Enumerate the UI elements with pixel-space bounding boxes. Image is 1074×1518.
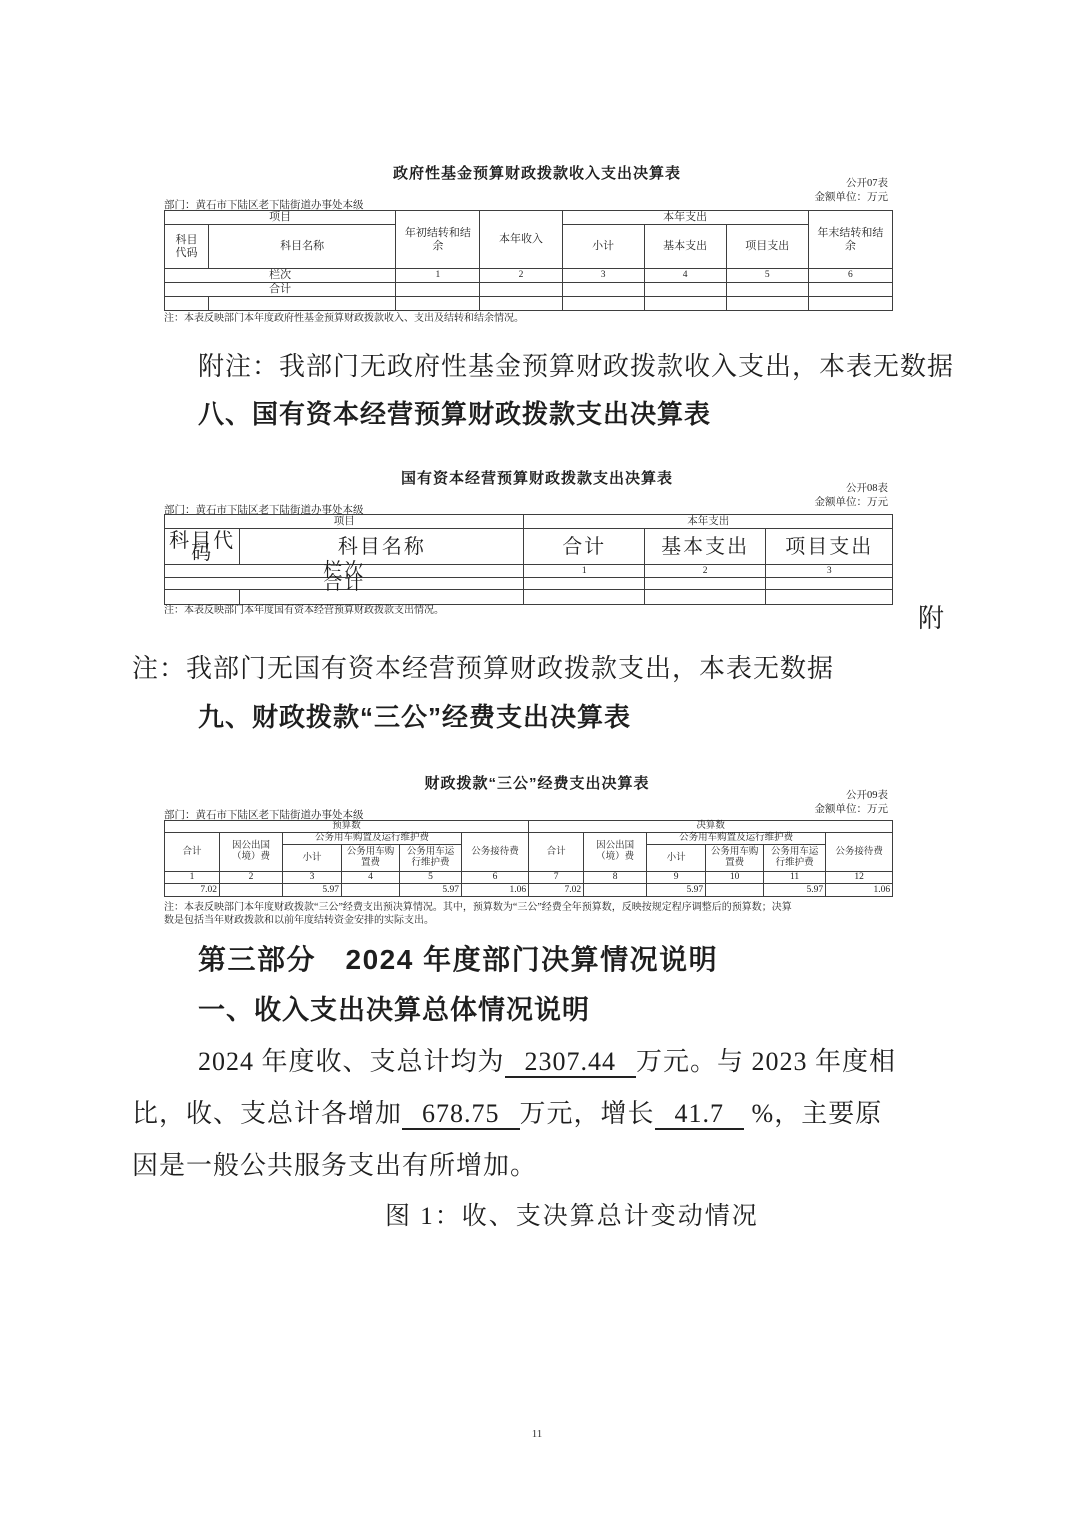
empty-cell (644, 578, 765, 590)
para-text: 万元。与 2023 年度相 (636, 1047, 896, 1076)
para-text: 因是一般公共服务支出有所增加。 (132, 1151, 537, 1180)
header-total: 合计 (165, 833, 220, 872)
header-abroad-fee: 因公出国（境）费 (584, 833, 647, 872)
value-cell: 5.97 (764, 884, 826, 897)
col-num: 3 (283, 872, 342, 884)
state-capital-no-data-note: 注：我部门无国有资本经营预算财政拨款支出，本表无数据 (132, 648, 834, 685)
value-cell: 5.97 (283, 884, 342, 897)
three-public-table-note: 注：本表反映部门本年度财政拨款“三公”经费支出预决算情况。其中，预算数为“三公”… (164, 901, 895, 927)
header-reception-fee: 公务接待费 (826, 833, 893, 872)
heading-part-3: 第三部分 2024 年度部门决算情况说明 (198, 938, 718, 978)
gov-fund-no-data-note: 附注：我部门无政府性基金预算财政拨款收入支出，本表无数据 (198, 346, 954, 383)
summary-paragraph: 2024 年度收、支总计均为2307.44万元。与 2023 年度相 比，收、支… (132, 1036, 952, 1192)
empty-cell (726, 297, 808, 311)
empty-cell (524, 590, 644, 605)
value-cell (342, 884, 400, 897)
empty-cell (562, 297, 644, 311)
col-num: 10 (706, 872, 764, 884)
gov-fund-table: 项目 年初结转和结余 本年收入 本年支出 年末结转和结余 科目代码 科目名称 小… (164, 210, 893, 311)
empty-cell (644, 297, 726, 311)
value-cell (706, 884, 764, 897)
header-abroad-fee: 因公出国（境）费 (220, 833, 283, 872)
gov-fund-table-meta: 公开07表 金额单位：万元 (815, 177, 889, 205)
state-capital-table-meta: 公开08表 金额单位：万元 (815, 482, 889, 510)
header-project-expense: 项目支出 (766, 529, 893, 565)
col-num: 1 (524, 565, 644, 578)
increase-amount-value: 678.75 (402, 1099, 520, 1130)
gov-fund-table-note: 注：本表反映部门本年度政府性基金预算财政拨款收入、支出及结转和结余情况。 (164, 312, 524, 325)
heading-section-1: 一、收入支出决算总体情况说明 (198, 988, 590, 1027)
value-cell: 1.06 (462, 884, 529, 897)
col-num: 1 (396, 269, 480, 283)
empty-cell (562, 283, 644, 297)
header-subject-code: 科目代码 (165, 529, 240, 565)
growth-rate-value: 41.7 (655, 1099, 745, 1130)
empty-cell (808, 297, 892, 311)
paragraph-line: 2024 年度收、支总计均为2307.44万元。与 2023 年度相 (132, 1036, 952, 1088)
col-num: 2 (220, 872, 283, 884)
three-public-table-meta: 公开09表 金额单位：万元 (815, 789, 889, 817)
table-code: 公开08表 (815, 482, 889, 496)
empty-cell (726, 283, 808, 297)
total-row-label: 合计 (165, 283, 396, 297)
lanci-label: 栏次 (165, 269, 396, 283)
empty-cell (524, 578, 644, 590)
header-total: 合计 (529, 833, 584, 872)
header-subtotal: 小计 (283, 845, 342, 872)
col-num: 3 (562, 269, 644, 283)
col-num: 4 (644, 269, 726, 283)
empty-cell (480, 283, 562, 297)
col-num: 2 (644, 565, 765, 578)
unit-label: 金额单位：万元 (815, 496, 889, 510)
three-public-table: 预算数 决算数 合计 因公出国（境）费 公务用车购置及运行维护费 公务接待费 合… (164, 820, 893, 897)
note-line: 数是包括当年财政拨款和以前年度结转资金安排的实际支出。 (164, 914, 895, 927)
empty-cell (396, 297, 480, 311)
empty-cell (644, 283, 726, 297)
figure-1-caption: 图 1：收、支决算总计变动情况 (385, 1196, 759, 1232)
unit-label: 金额单位：万元 (815, 803, 889, 817)
header-final: 决算数 (529, 821, 893, 833)
header-year-income: 本年收入 (480, 211, 562, 269)
header-subject-name: 科目名称 (209, 225, 396, 269)
para-text: 2024 年度收、支总计均为 (198, 1047, 505, 1076)
para-text: 万元，增长 (520, 1099, 655, 1128)
three-public-table-title: 财政拨款“三公”经费支出决算表 (0, 772, 1074, 793)
empty-cell (808, 283, 892, 297)
value-cell: 5.97 (400, 884, 462, 897)
unit-label: 金额单位：万元 (815, 191, 889, 205)
para-text: 比，收、支总计各增加 (132, 1099, 402, 1128)
header-purchase-fee: 公务用车购置费 (706, 845, 764, 872)
header-basic-expense: 基本支出 (644, 225, 726, 269)
document-page: 政府性基金预算财政拨款收入支出决算表 公开07表 金额单位：万元 部门：黄石市下… (0, 0, 1074, 1518)
value-cell (584, 884, 647, 897)
header-maintain-fee: 公务用车运行维护费 (764, 845, 826, 872)
header-begin-balance: 年初结转和结余 (396, 211, 480, 269)
state-capital-table-note: 注：本表反映部门本年度国有资本经营预算财政拨款支出情况。 (164, 604, 444, 617)
paragraph-line: 因是一般公共服务支出有所增加。 (132, 1140, 952, 1192)
col-num: 5 (726, 269, 808, 283)
total-amount-value: 2307.44 (505, 1047, 637, 1078)
col-num: 9 (647, 872, 706, 884)
empty-cell (240, 590, 524, 605)
value-cell: 1.06 (826, 884, 893, 897)
col-num: 8 (584, 872, 647, 884)
empty-cell (165, 590, 240, 605)
table-code: 公开09表 (815, 789, 889, 803)
empty-cell (209, 297, 396, 311)
col-num: 7 (529, 872, 584, 884)
header-basic-expense: 基本支出 (644, 529, 765, 565)
gov-fund-table-title: 政府性基金预算财政拨款收入支出决算表 (0, 162, 1074, 183)
para-text: %，主要原 (744, 1099, 882, 1128)
header-total: 合计 (524, 529, 644, 565)
header-subject-name: 科目名称 (240, 529, 524, 565)
col-num: 1 (165, 872, 220, 884)
col-num: 4 (342, 872, 400, 884)
col-num: 5 (400, 872, 462, 884)
paragraph-line: 比，收、支总计各增加678.75万元，增长41.7 %，主要原 (132, 1088, 952, 1140)
heading-section-8: 八、国有资本经营预算财政拨款支出决算表 (198, 394, 711, 431)
value-cell: 7.02 (529, 884, 584, 897)
header-project-expense: 项目支出 (726, 225, 808, 269)
col-num: 6 (808, 269, 892, 283)
heading-section-9: 九、财政拨款“三公”经费支出决算表 (198, 697, 631, 734)
header-subject-code: 科目代码 (165, 225, 209, 269)
table-code: 公开07表 (815, 177, 889, 191)
hanging-fu-char: 附 (918, 598, 945, 635)
value-cell: 7.02 (165, 884, 220, 897)
state-capital-table-title: 国有资本经营预算财政拨款支出决算表 (0, 467, 1074, 488)
empty-cell (396, 283, 480, 297)
empty-cell (644, 590, 765, 605)
header-year-expense: 本年支出 (524, 515, 893, 529)
header-subtotal: 小计 (562, 225, 644, 269)
note-line: 注：本表反映部门本年度财政拨款“三公”经费支出预决算情况。其中，预算数为“三公”… (164, 901, 895, 914)
value-cell: 5.97 (647, 884, 706, 897)
header-vehicle-fee: 公务用车购置及运行维护费 (647, 833, 826, 845)
state-capital-table: 项目 本年支出 科目代码 科目名称 合计 基本支出 项目支出 栏次 1 2 3 … (164, 514, 893, 605)
empty-cell (766, 590, 893, 605)
total-row-label: 合计 (165, 578, 524, 590)
col-num: 2 (480, 269, 562, 283)
col-num: 11 (764, 872, 826, 884)
value-cell (220, 884, 283, 897)
header-project: 项目 (165, 515, 524, 529)
header-year-expense: 本年支出 (562, 211, 808, 225)
header-subtotal: 小计 (647, 845, 706, 872)
col-num: 12 (826, 872, 893, 884)
header-maintain-fee: 公务用车运行维护费 (400, 845, 462, 872)
header-project: 项目 (165, 211, 396, 225)
col-num: 6 (462, 872, 529, 884)
empty-cell (165, 297, 209, 311)
col-num: 3 (766, 565, 893, 578)
header-purchase-fee: 公务用车购置费 (342, 845, 400, 872)
empty-cell (766, 578, 893, 590)
header-end-balance: 年末结转和结余 (808, 211, 892, 269)
empty-cell (480, 297, 562, 311)
header-reception-fee: 公务接待费 (462, 833, 529, 872)
header-vehicle-fee: 公务用车购置及运行维护费 (283, 833, 462, 845)
header-budget: 预算数 (165, 821, 529, 833)
page-number: 11 (0, 1428, 1074, 1440)
